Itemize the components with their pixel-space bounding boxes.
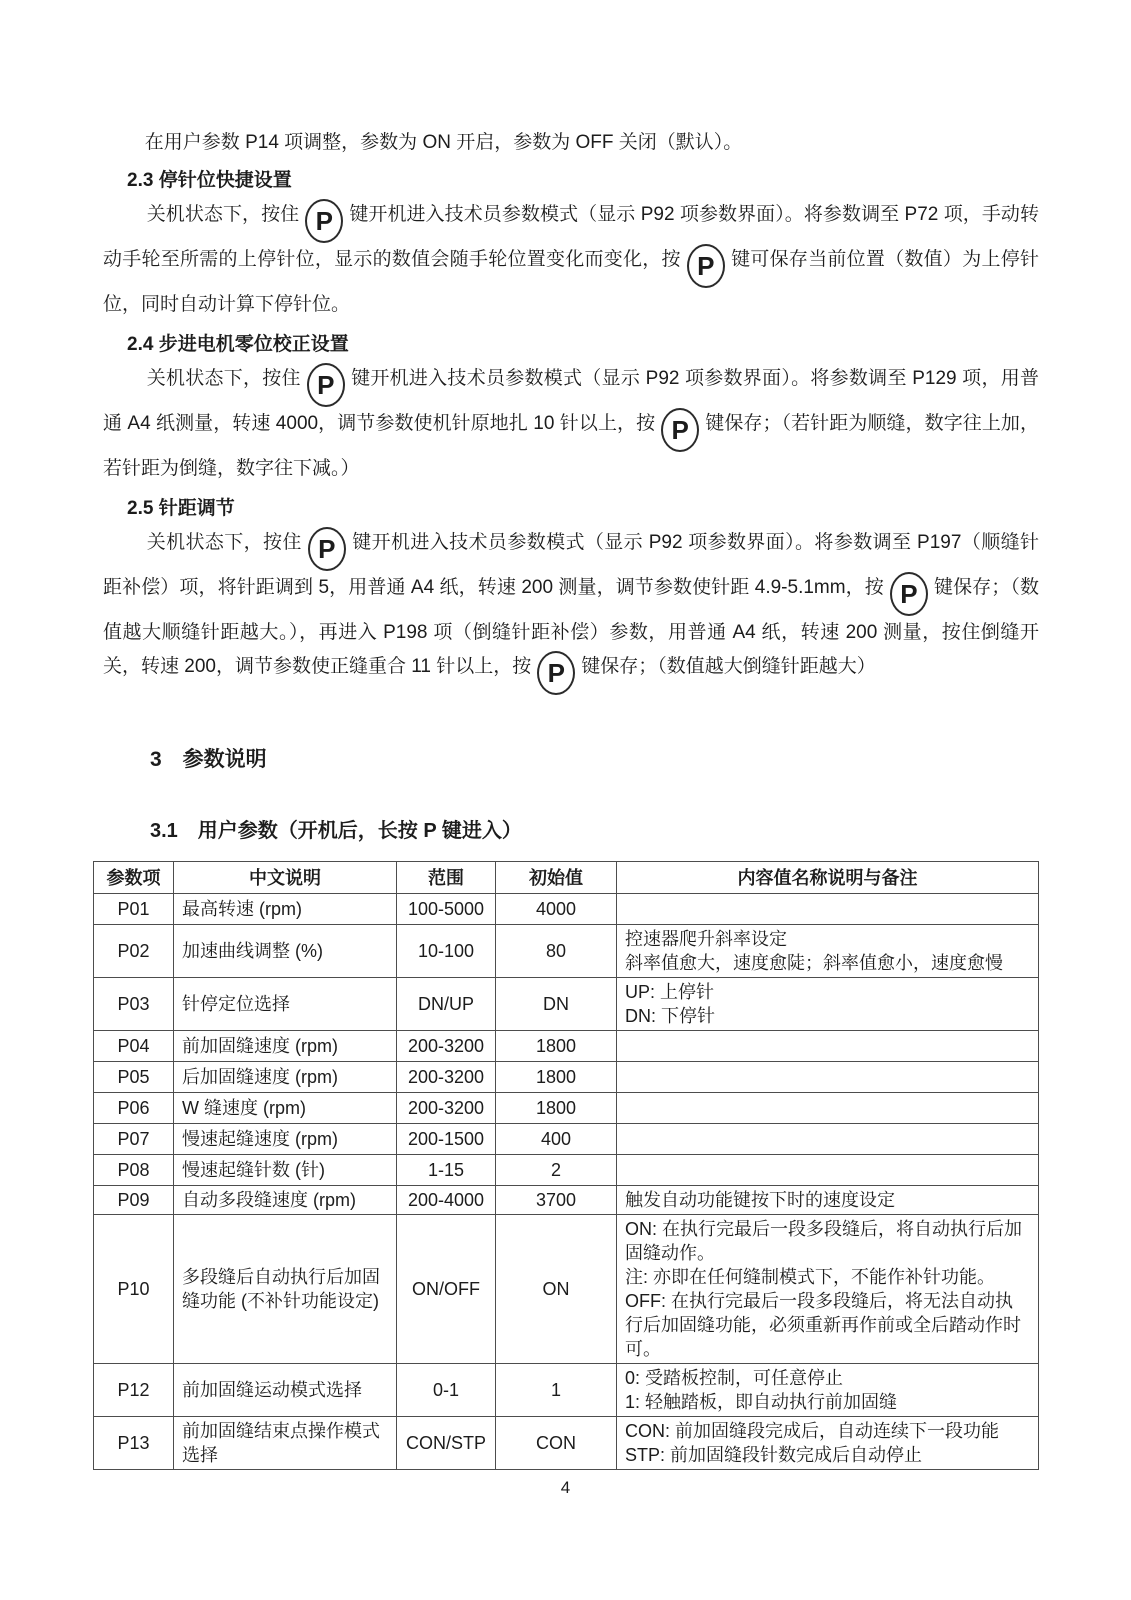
- param-remark-cell: [617, 1031, 1039, 1062]
- param-desc-cell: 加速曲线调整 (%): [174, 925, 397, 978]
- section-heading: 2.4 步进电机零位校正设置: [127, 330, 1039, 360]
- column-header: 参数项: [94, 862, 174, 894]
- param-desc-cell: 最高转速 (rpm): [174, 894, 397, 925]
- section-paragraph: 关机状态下，按住P键开机进入技术员参数模式（显示 P92 项参数界面）。将参数调…: [103, 526, 1039, 695]
- remark-line: 控速器爬升斜率设定: [625, 927, 1030, 951]
- param-desc-cell: 慢速起缝针数 (针): [174, 1155, 397, 1186]
- param-initial-cell: 1800: [496, 1062, 617, 1093]
- table-row: P13前加固缝结束点操作模式选择CON/STPCONCON: 前加固缝段完成后，…: [94, 1417, 1039, 1470]
- section-heading: 2.5 针距调节: [127, 494, 1039, 524]
- param-range-cell: 1-15: [397, 1155, 496, 1186]
- param-remark-cell: UP: 上停针DN: 下停针: [617, 978, 1039, 1031]
- param-range-cell: ON/OFF: [397, 1215, 496, 1364]
- column-header: 初始值: [496, 862, 617, 894]
- param-desc-cell: 前加固缝结束点操作模式选择: [174, 1417, 397, 1470]
- param-initial-cell: 1800: [496, 1031, 617, 1062]
- p-key-icon: P: [307, 363, 345, 407]
- remark-line: ON: 在执行完最后一段多段缝后，将自动执行后加固缝动作。: [625, 1217, 1030, 1265]
- param-initial-cell: 1800: [496, 1093, 617, 1124]
- p-key-icon: P: [890, 572, 928, 616]
- column-header: 内容值名称说明与备注: [617, 862, 1039, 894]
- param-remark-cell: 0: 受踏板控制，可任意停止1: 轻触踏板，即自动执行前加固缝: [617, 1364, 1039, 1417]
- param-id-cell: P13: [94, 1417, 174, 1470]
- param-initial-cell: ON: [496, 1215, 617, 1364]
- parameters-table: 参数项中文说明范围初始值内容值名称说明与备注 P01最高转速 (rpm)100-…: [93, 861, 1039, 1470]
- param-id-cell: P08: [94, 1155, 174, 1186]
- param-id-cell: P03: [94, 978, 174, 1031]
- param-initial-cell: 4000: [496, 894, 617, 925]
- param-desc-cell: 自动多段缝速度 (rpm): [174, 1186, 397, 1215]
- param-id-cell: P10: [94, 1215, 174, 1364]
- param-remark-cell: 触发自动功能键按下时的速度设定: [617, 1186, 1039, 1215]
- p-key-icon: P: [537, 651, 575, 695]
- param-range-cell: 0-1: [397, 1364, 496, 1417]
- param-id-cell: P04: [94, 1031, 174, 1062]
- param-remark-cell: [617, 894, 1039, 925]
- section-paragraph: 关机状态下，按住P键开机进入技术员参数模式（显示 P92 项参数界面）。将参数调…: [103, 198, 1039, 322]
- remark-line: 0: 受踏板控制，可任意停止: [625, 1366, 1030, 1390]
- p-key-icon: P: [687, 244, 725, 288]
- p-key-icon: P: [308, 527, 346, 571]
- table-row: P12前加固缝运动模式选择0-110: 受踏板控制，可任意停止1: 轻触踏板，即…: [94, 1364, 1039, 1417]
- param-id-cell: P05: [94, 1062, 174, 1093]
- table-row: P02加速曲线调整 (%)10-10080控速器爬升斜率设定斜率值愈大，速度愈陡…: [94, 925, 1039, 978]
- param-initial-cell: 80: [496, 925, 617, 978]
- table-row: P07慢速起缝速度 (rpm)200-1500400: [94, 1124, 1039, 1155]
- param-remark-cell: CON: 前加固缝段完成后，自动连续下一段功能STP: 前加固缝段针数完成后自动…: [617, 1417, 1039, 1470]
- table-row: P05后加固缝速度 (rpm)200-32001800: [94, 1062, 1039, 1093]
- param-remark-cell: [617, 1155, 1039, 1186]
- param-range-cell: 200-3200: [397, 1062, 496, 1093]
- param-range-cell: 10-100: [397, 925, 496, 978]
- table-row: P01最高转速 (rpm)100-50004000: [94, 894, 1039, 925]
- chapter-heading: 3 参数说明: [150, 745, 1039, 775]
- param-range-cell: CON/STP: [397, 1417, 496, 1470]
- param-desc-cell: 前加固缝速度 (rpm): [174, 1031, 397, 1062]
- param-desc-cell: 后加固缝速度 (rpm): [174, 1062, 397, 1093]
- param-desc-cell: 多段缝后自动执行后加固缝功能 (不补针功能设定): [174, 1215, 397, 1364]
- remark-line: STP: 前加固缝段针数完成后自动停止: [625, 1443, 1030, 1467]
- param-range-cell: 200-3200: [397, 1031, 496, 1062]
- param-id-cell: P06: [94, 1093, 174, 1124]
- param-range-cell: 200-4000: [397, 1186, 496, 1215]
- param-range-cell: 100-5000: [397, 894, 496, 925]
- param-initial-cell: 2: [496, 1155, 617, 1186]
- param-remark-cell: [617, 1062, 1039, 1093]
- param-id-cell: P07: [94, 1124, 174, 1155]
- table-row: P10多段缝后自动执行后加固缝功能 (不补针功能设定)ON/OFFONON: 在…: [94, 1215, 1039, 1364]
- param-desc-cell: 慢速起缝速度 (rpm): [174, 1124, 397, 1155]
- intro-paragraph: 在用户参数 P14 项调整，参数为 ON 开启，参数为 OFF 关闭（默认）。: [103, 128, 1039, 158]
- table-body: P01最高转速 (rpm)100-50004000P02加速曲线调整 (%)10…: [94, 894, 1039, 1470]
- param-id-cell: P02: [94, 925, 174, 978]
- param-remark-cell: ON: 在执行完最后一段多段缝后，将自动执行后加固缝动作。注: 亦即在任何缝制模…: [617, 1215, 1039, 1364]
- param-remark-cell: 控速器爬升斜率设定斜率值愈大，速度愈陡；斜率值愈小，速度愈慢: [617, 925, 1039, 978]
- param-remark-cell: [617, 1124, 1039, 1155]
- param-id-cell: P01: [94, 894, 174, 925]
- remark-line: DN: 下停针: [625, 1004, 1030, 1028]
- section-heading: 2.3 停针位快捷设置: [127, 166, 1039, 196]
- document-page: 在用户参数 P14 项调整，参数为 ON 开启，参数为 OFF 关闭（默认）。 …: [0, 0, 1131, 1470]
- p-key-icon: P: [305, 199, 343, 243]
- table-header-row: 参数项中文说明范围初始值内容值名称说明与备注: [94, 862, 1039, 894]
- param-range-cell: DN/UP: [397, 978, 496, 1031]
- param-initial-cell: 400: [496, 1124, 617, 1155]
- remark-line: 触发自动功能键按下时的速度设定: [625, 1188, 1030, 1212]
- p-key-icon: P: [661, 408, 699, 452]
- remark-line: 1: 轻触踏板，即自动执行前加固缝: [625, 1390, 1030, 1414]
- table-row: P06W 缝速度 (rpm)200-32001800: [94, 1093, 1039, 1124]
- table-row: P04前加固缝速度 (rpm)200-32001800: [94, 1031, 1039, 1062]
- param-range-cell: 200-3200: [397, 1093, 496, 1124]
- sections-container: 2.3 停针位快捷设置关机状态下，按住P键开机进入技术员参数模式（显示 P92 …: [103, 166, 1039, 695]
- param-desc-cell: 针停定位选择: [174, 978, 397, 1031]
- remark-line: 注: 亦即在任何缝制模式下，不能作补针功能。: [625, 1265, 1030, 1289]
- param-initial-cell: 1: [496, 1364, 617, 1417]
- param-initial-cell: DN: [496, 978, 617, 1031]
- param-initial-cell: 3700: [496, 1186, 617, 1215]
- param-initial-cell: CON: [496, 1417, 617, 1470]
- param-id-cell: P09: [94, 1186, 174, 1215]
- column-header: 范围: [397, 862, 496, 894]
- section-paragraph: 关机状态下，按住P键开机进入技术员参数模式（显示 P92 项参数界面）。将参数调…: [103, 362, 1039, 486]
- param-remark-cell: [617, 1093, 1039, 1124]
- param-id-cell: P12: [94, 1364, 174, 1417]
- table-row: P03针停定位选择DN/UPDNUP: 上停针DN: 下停针: [94, 978, 1039, 1031]
- table-row: P08慢速起缝针数 (针)1-152: [94, 1155, 1039, 1186]
- remark-line: 斜率值愈大，速度愈陡；斜率值愈小，速度愈慢: [625, 951, 1030, 975]
- param-desc-cell: 前加固缝运动模式选择: [174, 1364, 397, 1417]
- remark-line: UP: 上停针: [625, 980, 1030, 1004]
- column-header: 中文说明: [174, 862, 397, 894]
- remark-line: CON: 前加固缝段完成后，自动连续下一段功能: [625, 1419, 1030, 1443]
- subsection-heading: 3.1 用户参数（开机后，长按 P 键进入）: [150, 817, 1039, 845]
- remark-line: OFF: 在执行完最后一段多段缝后，将无法自动执行后加固缝功能，必须重新再作前或…: [625, 1289, 1030, 1361]
- page-number: 4: [0, 1478, 1131, 1498]
- param-range-cell: 200-1500: [397, 1124, 496, 1155]
- table-row: P09自动多段缝速度 (rpm)200-40003700触发自动功能键按下时的速…: [94, 1186, 1039, 1215]
- param-desc-cell: W 缝速度 (rpm): [174, 1093, 397, 1124]
